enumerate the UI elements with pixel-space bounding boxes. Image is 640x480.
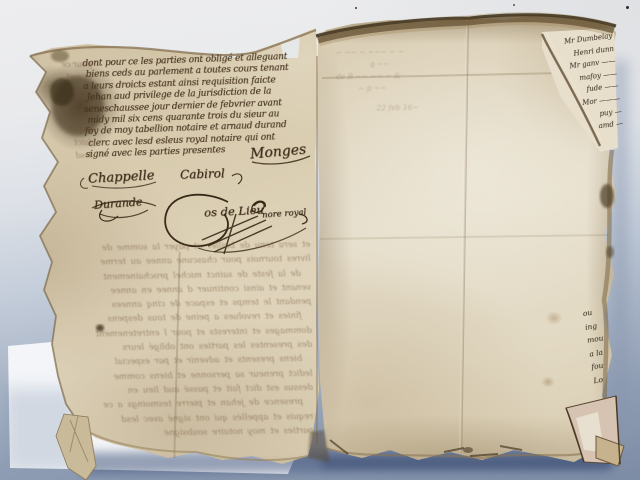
ghost-line: lesd xyxy=(46,149,92,162)
corner-text-fragments: Mr Dumbelay Henri dunn Mr ganv —— mafoy … xyxy=(540,30,624,139)
ghost-line: de la xyxy=(46,97,92,110)
ghost-line: et aud xyxy=(46,71,92,84)
ghost-line: ~ p ~~ xyxy=(358,81,468,95)
bleed-through-text: et sera tenu de bailler et payer la somm… xyxy=(46,238,313,445)
ghost-line: pour ce xyxy=(46,58,92,71)
ghost-line: tenir xyxy=(46,110,92,123)
signature-cabirol: Cabirol xyxy=(180,166,225,182)
ghost-line: payer xyxy=(46,123,92,136)
manuscript-photo: dont pour ce les parties ont obligé et a… xyxy=(0,0,640,480)
ghost-line: la so xyxy=(46,84,92,97)
ghost-line: faict xyxy=(46,136,92,149)
dirt-speck xyxy=(355,7,357,9)
dirt-speck xyxy=(513,4,515,6)
ghost-line: 22 feb 16~ xyxy=(376,101,468,115)
show-through-right-page: ~ ~~ ~ ~~~ ~ ~ q ~~ de B ~~ ~~ ~ & ~ p ~… xyxy=(335,45,468,115)
dirt-speck xyxy=(626,6,629,9)
bleed-through-margin: pour ce et aud la so de la tenir payer f… xyxy=(46,58,92,164)
